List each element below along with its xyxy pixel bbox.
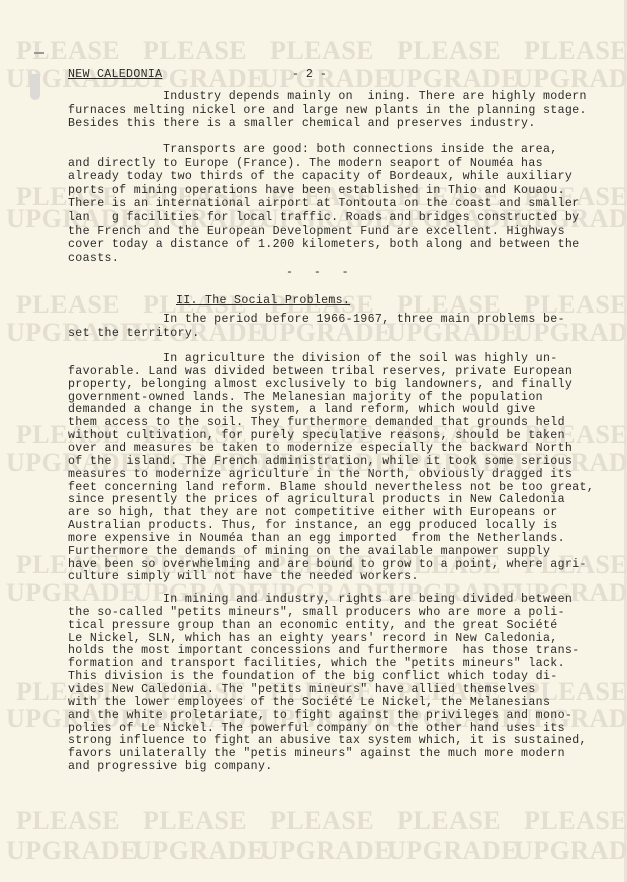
text-line: vides New Caledonia. The "petits mineurs… bbox=[68, 684, 536, 696]
text-line: furnaces melting nickel ore and large ne… bbox=[68, 105, 587, 117]
section-title: II. The Social Problems. bbox=[176, 294, 350, 307]
watermark-text: PLEASE bbox=[524, 806, 627, 836]
watermark-text: UPGRADE bbox=[514, 836, 627, 866]
text-line: the French and the European Development … bbox=[68, 226, 565, 238]
text-line: cover today a distance of 1.200 kilomete… bbox=[68, 239, 580, 251]
watermark-text: UPGRADE bbox=[260, 836, 387, 866]
watermark-text: PLEASE bbox=[397, 806, 524, 836]
text-line: and progressive big company. bbox=[68, 761, 273, 773]
text-line: them access to the soil. They furthermor… bbox=[68, 417, 565, 429]
text-line: of the island. The French administration… bbox=[68, 456, 572, 468]
text-line: government-owned lands. The Melanesian m… bbox=[68, 392, 543, 404]
text-line: In the period before 1966-1967, three ma… bbox=[68, 314, 565, 326]
text-line: In mining and industry, rights are being… bbox=[68, 594, 572, 606]
text-line: tical pressure group than an economic en… bbox=[68, 620, 558, 632]
text-line: Transports are good: both connections in… bbox=[68, 144, 558, 156]
text-line: without cultivation, for purely speculat… bbox=[68, 430, 565, 442]
section-divider: - - - bbox=[286, 266, 349, 279]
text-line: lan g facilities for local traffic. Road… bbox=[68, 212, 580, 224]
text-line: Industry depends mainly on ining. There … bbox=[68, 91, 587, 103]
watermark-row: PLEASEPLEASEPLEASEPLEASEPLEASE bbox=[0, 36, 627, 66]
watermark-text: PLEASE bbox=[16, 806, 143, 836]
watermark-text: UPGRADE bbox=[387, 836, 514, 866]
text-line: There is an international airport at Ton… bbox=[68, 198, 580, 210]
text-line: the so-called "petits mineurs", small pr… bbox=[68, 607, 565, 619]
text-line: set the territory. bbox=[68, 328, 200, 340]
watermark-text: PLEASE bbox=[143, 36, 270, 66]
paper-clip-mark bbox=[30, 74, 40, 100]
text-line: coasts. bbox=[68, 253, 119, 265]
text-line: culture simply will not have the needed … bbox=[68, 571, 419, 583]
text-line: property, belonging almost exclusively t… bbox=[68, 379, 572, 391]
text-line: In agriculture the division of the soil … bbox=[68, 353, 558, 365]
text-line: formation and transport facilities, whic… bbox=[68, 658, 565, 670]
page-number: - 2 - bbox=[292, 68, 327, 81]
watermark-row: PLEASEPLEASEPLEASEPLEASEPLEASE bbox=[0, 806, 627, 836]
text-line: already today two thirds of the capacity… bbox=[68, 171, 572, 183]
text-line: Le Nickel, SLN, which has an eighty year… bbox=[68, 633, 558, 645]
watermark-text: PLEASE bbox=[397, 36, 524, 66]
text-line: favors unilaterally the "petis mineurs" … bbox=[68, 748, 565, 760]
text-line: strong influence to fight an abusive tax… bbox=[68, 735, 587, 747]
text-line: feet concerning land reform. Blame shoul… bbox=[68, 482, 594, 494]
text-line: demanded a change in the system, a land … bbox=[68, 404, 536, 416]
text-line: and the white proletariate, to fight aga… bbox=[68, 710, 572, 722]
watermark-text: PLEASE bbox=[270, 806, 397, 836]
text-line: holds the most important concessions and… bbox=[68, 645, 580, 657]
text-line: since presently the prices of agricultur… bbox=[68, 494, 565, 506]
document-title: NEW CALEDONIA bbox=[68, 68, 162, 81]
watermark-text: PLEASE bbox=[143, 806, 270, 836]
watermark-text: PLEASE bbox=[524, 36, 627, 66]
margin-mark bbox=[34, 52, 44, 54]
text-line: over and measures be taken to modernize … bbox=[68, 443, 572, 455]
text-line: and directly to Europe (France). The mod… bbox=[68, 158, 543, 170]
text-line: are so high, that they are not competiti… bbox=[68, 507, 558, 519]
text-line: Furthermore the demands of mining on the… bbox=[68, 546, 550, 558]
watermark-text: PLEASE bbox=[16, 36, 143, 66]
text-line: measures to modernize agriculture in the… bbox=[68, 469, 572, 481]
text-line: more expensive in Nouméa than an egg imp… bbox=[68, 533, 565, 545]
watermark-text: UPGRADE bbox=[133, 836, 260, 866]
watermark-text: PLEASE bbox=[270, 36, 397, 66]
text-line: This division is the foundation of the b… bbox=[68, 671, 558, 683]
text-line: Besides this there is a smaller chemical… bbox=[68, 118, 536, 130]
text-line: polies of Le Nickel. The powerful compan… bbox=[68, 723, 565, 735]
watermark-row: UPGRADEUPGRADEUPGRADEUPGRADEUPGRADE bbox=[0, 836, 627, 866]
watermark-text: UPGRADE bbox=[6, 836, 133, 866]
text-line: with the lower employees of the Société … bbox=[68, 697, 550, 709]
text-line: ports of mining operations have been est… bbox=[68, 185, 565, 197]
text-line: have been so overwhelming and are bound … bbox=[68, 559, 587, 571]
text-line: Australian products. Thus, for instance,… bbox=[68, 520, 558, 532]
text-line: favorable. Land was divided between trib… bbox=[68, 366, 572, 378]
